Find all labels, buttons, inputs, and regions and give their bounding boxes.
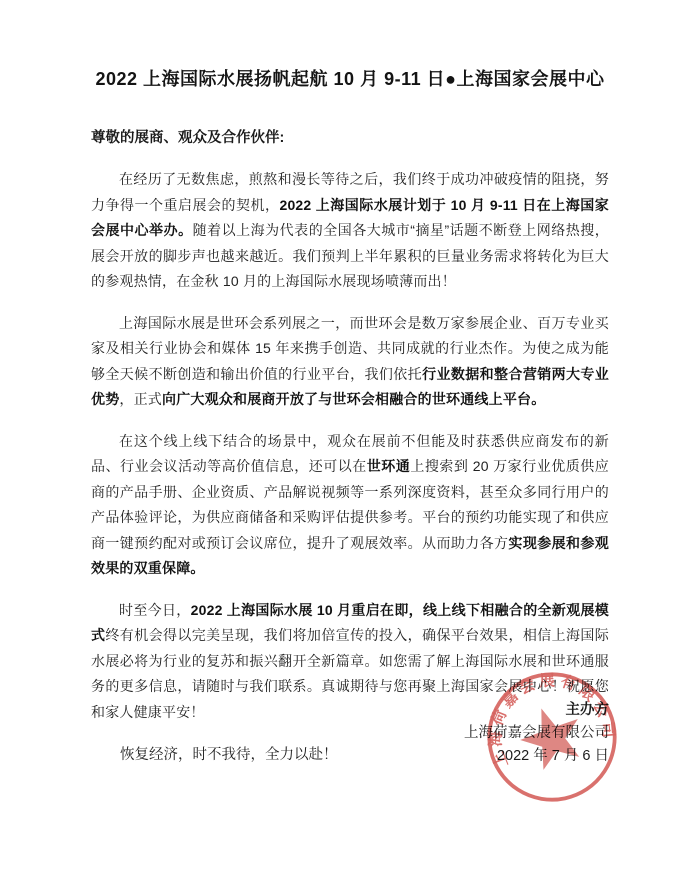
- signature-company: 上海荷嘉会展有限公司: [464, 722, 609, 745]
- signature-block: 主办方 上海荷嘉会展有限公司 2022 年 7 月 6 日: [464, 699, 609, 768]
- document-title: 2022 上海国际水展扬帆起航 10 月 9-11 日●上海国家会展中心: [91, 66, 609, 92]
- paragraph-2: 上海国际水展是世环会系列展之一，而世环会是数万家参展企业、百万专业买家及相关行业…: [91, 311, 609, 413]
- letter-body: 2022 上海国际水展扬帆起航 10 月 9-11 日●上海国家会展中心 尊敬的…: [91, 66, 609, 768]
- signature-date: 2022 年 7 月 6 日: [464, 745, 609, 768]
- document-page: 2022 上海国际水展扬帆起航 10 月 9-11 日●上海国家会展中心 尊敬的…: [0, 0, 700, 873]
- paragraph-1: 在经历了无数焦虑，煎熬和漫长等待之后，我们终于成功冲破疫情的阻挠，努力争得一个重…: [91, 167, 609, 295]
- signature-role: 主办方: [464, 699, 609, 722]
- paragraph-text: 时至今日，: [119, 602, 191, 618]
- greeting-line: 尊敬的展商、观众及合作伙伴:: [91, 126, 609, 151]
- paragraph-3: 在这个线上线下结合的场景中，观众在展前不但能及时获悉供应商发布的新品、行业会议活…: [91, 429, 609, 582]
- paragraph-bold-text: 世环通: [367, 458, 411, 474]
- paragraph-bold-text: 向广大观众和展商开放了与世环会相融合的世环通线上平台。: [162, 391, 545, 407]
- paragraph-text: ，正式: [119, 391, 162, 407]
